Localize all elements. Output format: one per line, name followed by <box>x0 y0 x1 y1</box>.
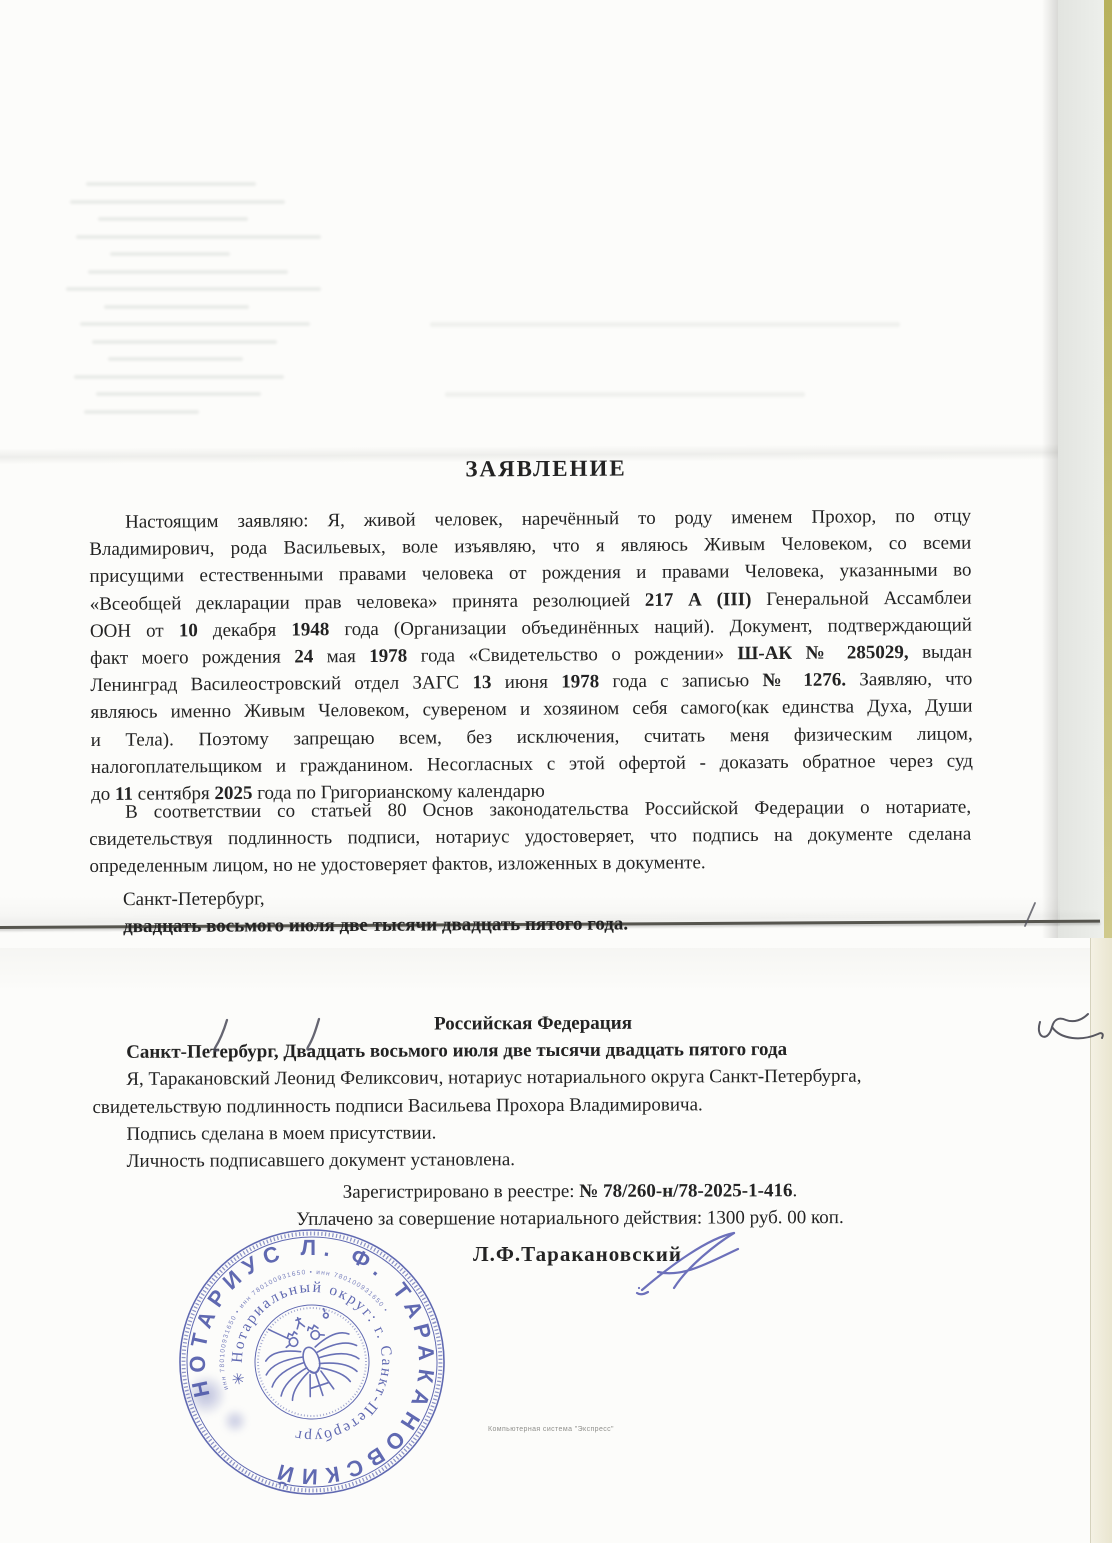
notary-attest-line: свидетельствую подлинность подписи Васил… <box>92 1090 974 1121</box>
paragraph-line: определенным лицом, но не удостоверяет ф… <box>89 848 971 881</box>
paper-edge-shadow <box>1042 0 1058 938</box>
page-title: ЗАЯВЛЕНИЕ <box>105 454 987 485</box>
footer-print-info: Компьютерная система "Экспресс" <box>488 1426 614 1433</box>
statement-paragraph: Настоящим заявляю: Я, живой человек, нар… <box>89 503 973 809</box>
notary-stamp-seal: НОТАРИУС Л. Ф. ТАРАКАНОВСКИЙ инн 7801009… <box>141 1191 484 1534</box>
pen-check-marks <box>205 1016 345 1056</box>
stamp-outer-ring-text: НОТАРИУС Л. Ф. ТАРАКАНОВСКИЙ <box>151 1202 472 1523</box>
paper-crease <box>0 948 1090 992</box>
scanned-document-page: ЗАЯВЛЕНИЕ Настоящим заявляю: Я, живой че… <box>0 0 1112 1543</box>
signature-flourish <box>628 1226 752 1300</box>
place-date-block: Санкт-Петербург, двадцать восьмого июля … <box>89 882 971 941</box>
bleed-through-marks <box>430 322 900 327</box>
notary-intro-line: Я, Таракановский Леонид Феликсович, нота… <box>92 1063 974 1094</box>
fee-line: Уплачено за совершение нотариального дей… <box>130 1204 1010 1234</box>
registry-line: Зарегистрировано в реестре: № 78/260-н/7… <box>130 1176 1010 1206</box>
ink-smudge <box>222 1408 248 1434</box>
signature-presence-line: Подпись сделана в моем присутствии. <box>92 1117 974 1148</box>
date-line: двадцать восьмого июля две тысячи двадца… <box>89 909 971 941</box>
ink-smudge <box>186 1372 226 1418</box>
notariate-clause-paragraph: В соответствии со статьей 80 Основ закон… <box>89 794 971 881</box>
bleed-through-marks <box>445 392 805 397</box>
pen-squiggle <box>1032 1010 1108 1054</box>
svg-text:НОТАРИУС Л. Ф. ТАРАКАНОВСКИЙ: НОТАРИУС Л. Ф. ТАРАКАНОВСКИЙ <box>151 1202 472 1523</box>
registry-block: Зарегистрировано в реестре: № 78/260-н/7… <box>130 1176 1010 1233</box>
scanner-background-strip <box>1058 0 1104 938</box>
bleed-through-marks <box>58 182 658 427</box>
scanner-edge-strip <box>1104 0 1112 938</box>
notary-stamp: НОТАРИУС Л. Ф. ТАРАКАНОВСКИЙ инн 7801009… <box>141 1191 484 1534</box>
pen-tick-mark <box>1018 900 1042 930</box>
identity-line: Личность подписавшего документ установле… <box>93 1144 975 1175</box>
